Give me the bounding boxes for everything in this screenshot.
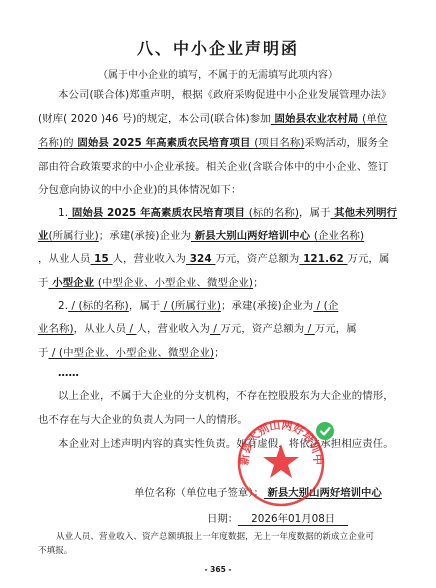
- item2-line-1: 2. / (标的名称)，属于 / (所属行业)；承建(承接)企业为 / (企: [58, 299, 390, 313]
- seal-icon: 新县大别山两好培训中心: [236, 418, 326, 508]
- statement-1-line-1: 以上企业，不属于大企业的分支机构，不存在控股股东为大企业的情形，: [58, 389, 390, 403]
- ellipsis: ……: [58, 366, 390, 380]
- note-line-1: 从业人员、营业收入、资产总额填报上一年度数据，无上一年度数据的新成立企业可: [56, 530, 408, 544]
- item1-industry: 其他未列明行: [330, 207, 397, 219]
- item1-subject: 固始县 2025 年高素质农民培育项目: [68, 207, 249, 219]
- intro-line-5: 分包意向协议的中小企业)的具体情况如下：: [38, 183, 390, 197]
- item2-company: /: [313, 300, 323, 312]
- item1-line-4: 于 小型企业 (中型企业、小型企业、微型企业)；: [38, 276, 390, 290]
- company-seal: 新县大别山两好培训中心: [236, 418, 326, 508]
- item1-size: 小型企业: [49, 277, 98, 289]
- intro-line-4: 部由符合政策要求的中小企业承接。相关企业(含联合体中的中小企业、签订: [38, 160, 390, 174]
- item1-line-1: 1. 固始县 2025 年高素质农民培育项目 (标的名称)，属于 其他未列明行: [58, 206, 390, 220]
- item1-revenue: 324: [186, 253, 215, 265]
- item2-line-2: 业名称)，从业人员 / 人，营业收入为 / 万元，资产总额为 / 万元，属: [38, 322, 390, 336]
- item2-employees: /: [126, 323, 136, 335]
- document-page: 八、中小企业声明函 （属于中小企业的填写，不属于的无需填写此项内容） 本公司(联…: [0, 0, 436, 588]
- verified-check-icon: [316, 422, 334, 440]
- intro-line-2: (财库( 2020 )46 号)的规定，本公司(联合体)参加 固始县农业农村局 …: [38, 112, 390, 126]
- date-row: 日期：2026年01月08日: [207, 510, 348, 526]
- item2-assets: /: [304, 323, 314, 335]
- page-number: - 365 -: [0, 565, 436, 574]
- item2-subject: /: [68, 300, 78, 312]
- item2-industry: /: [160, 300, 170, 312]
- statement-2: 本企业对上述声明内容的真实性负责。如有虚假，将依法承担相应责任。: [58, 437, 390, 451]
- date-value: 2026年01月08日: [238, 510, 348, 526]
- item1-line-2: 业(所属行业)；承建(承接)企业为 新县大别山两好培训中心 (企业名称): [38, 229, 390, 243]
- item2-revenue: /: [210, 323, 220, 335]
- item2-line-3: 于 / (中型企业、小型企业、微型企业)；: [38, 346, 390, 360]
- page-subtitle: （属于中小企业的填写，不属于的无需填写此项内容）: [0, 66, 436, 81]
- date-label: 日期：: [207, 513, 238, 525]
- intro-line-1: 本公司(联合体)郑重声明，根据《政府采购促进中小企业发展管理办法》: [58, 88, 390, 102]
- statement-1-line-2: 也不存在与大企业的负责人为同一人的情形。: [38, 413, 390, 427]
- intro-line-3: 名称)的 固始县 2025 年高素质农民培育项目 (项目名称)采购活动，服务全: [38, 136, 390, 150]
- item1-assets: 121.62: [299, 253, 347, 265]
- item2-size: /: [49, 347, 59, 359]
- project-name: 固始县 2025 年高素质农民培育项目: [74, 137, 255, 149]
- item1-employees: 15: [90, 253, 112, 265]
- item1-company: 新县大别山两好培训中心: [191, 230, 314, 242]
- item1-line-3: ，从业人员 15 人，营业收入为 324 万元，资产总额为 121.62 万元，…: [38, 252, 390, 266]
- note-line-2: 不填报。: [38, 544, 390, 558]
- purchaser-name: 固始县农业农村局: [271, 113, 362, 125]
- page-title: 八、中小企业声明函: [0, 36, 436, 59]
